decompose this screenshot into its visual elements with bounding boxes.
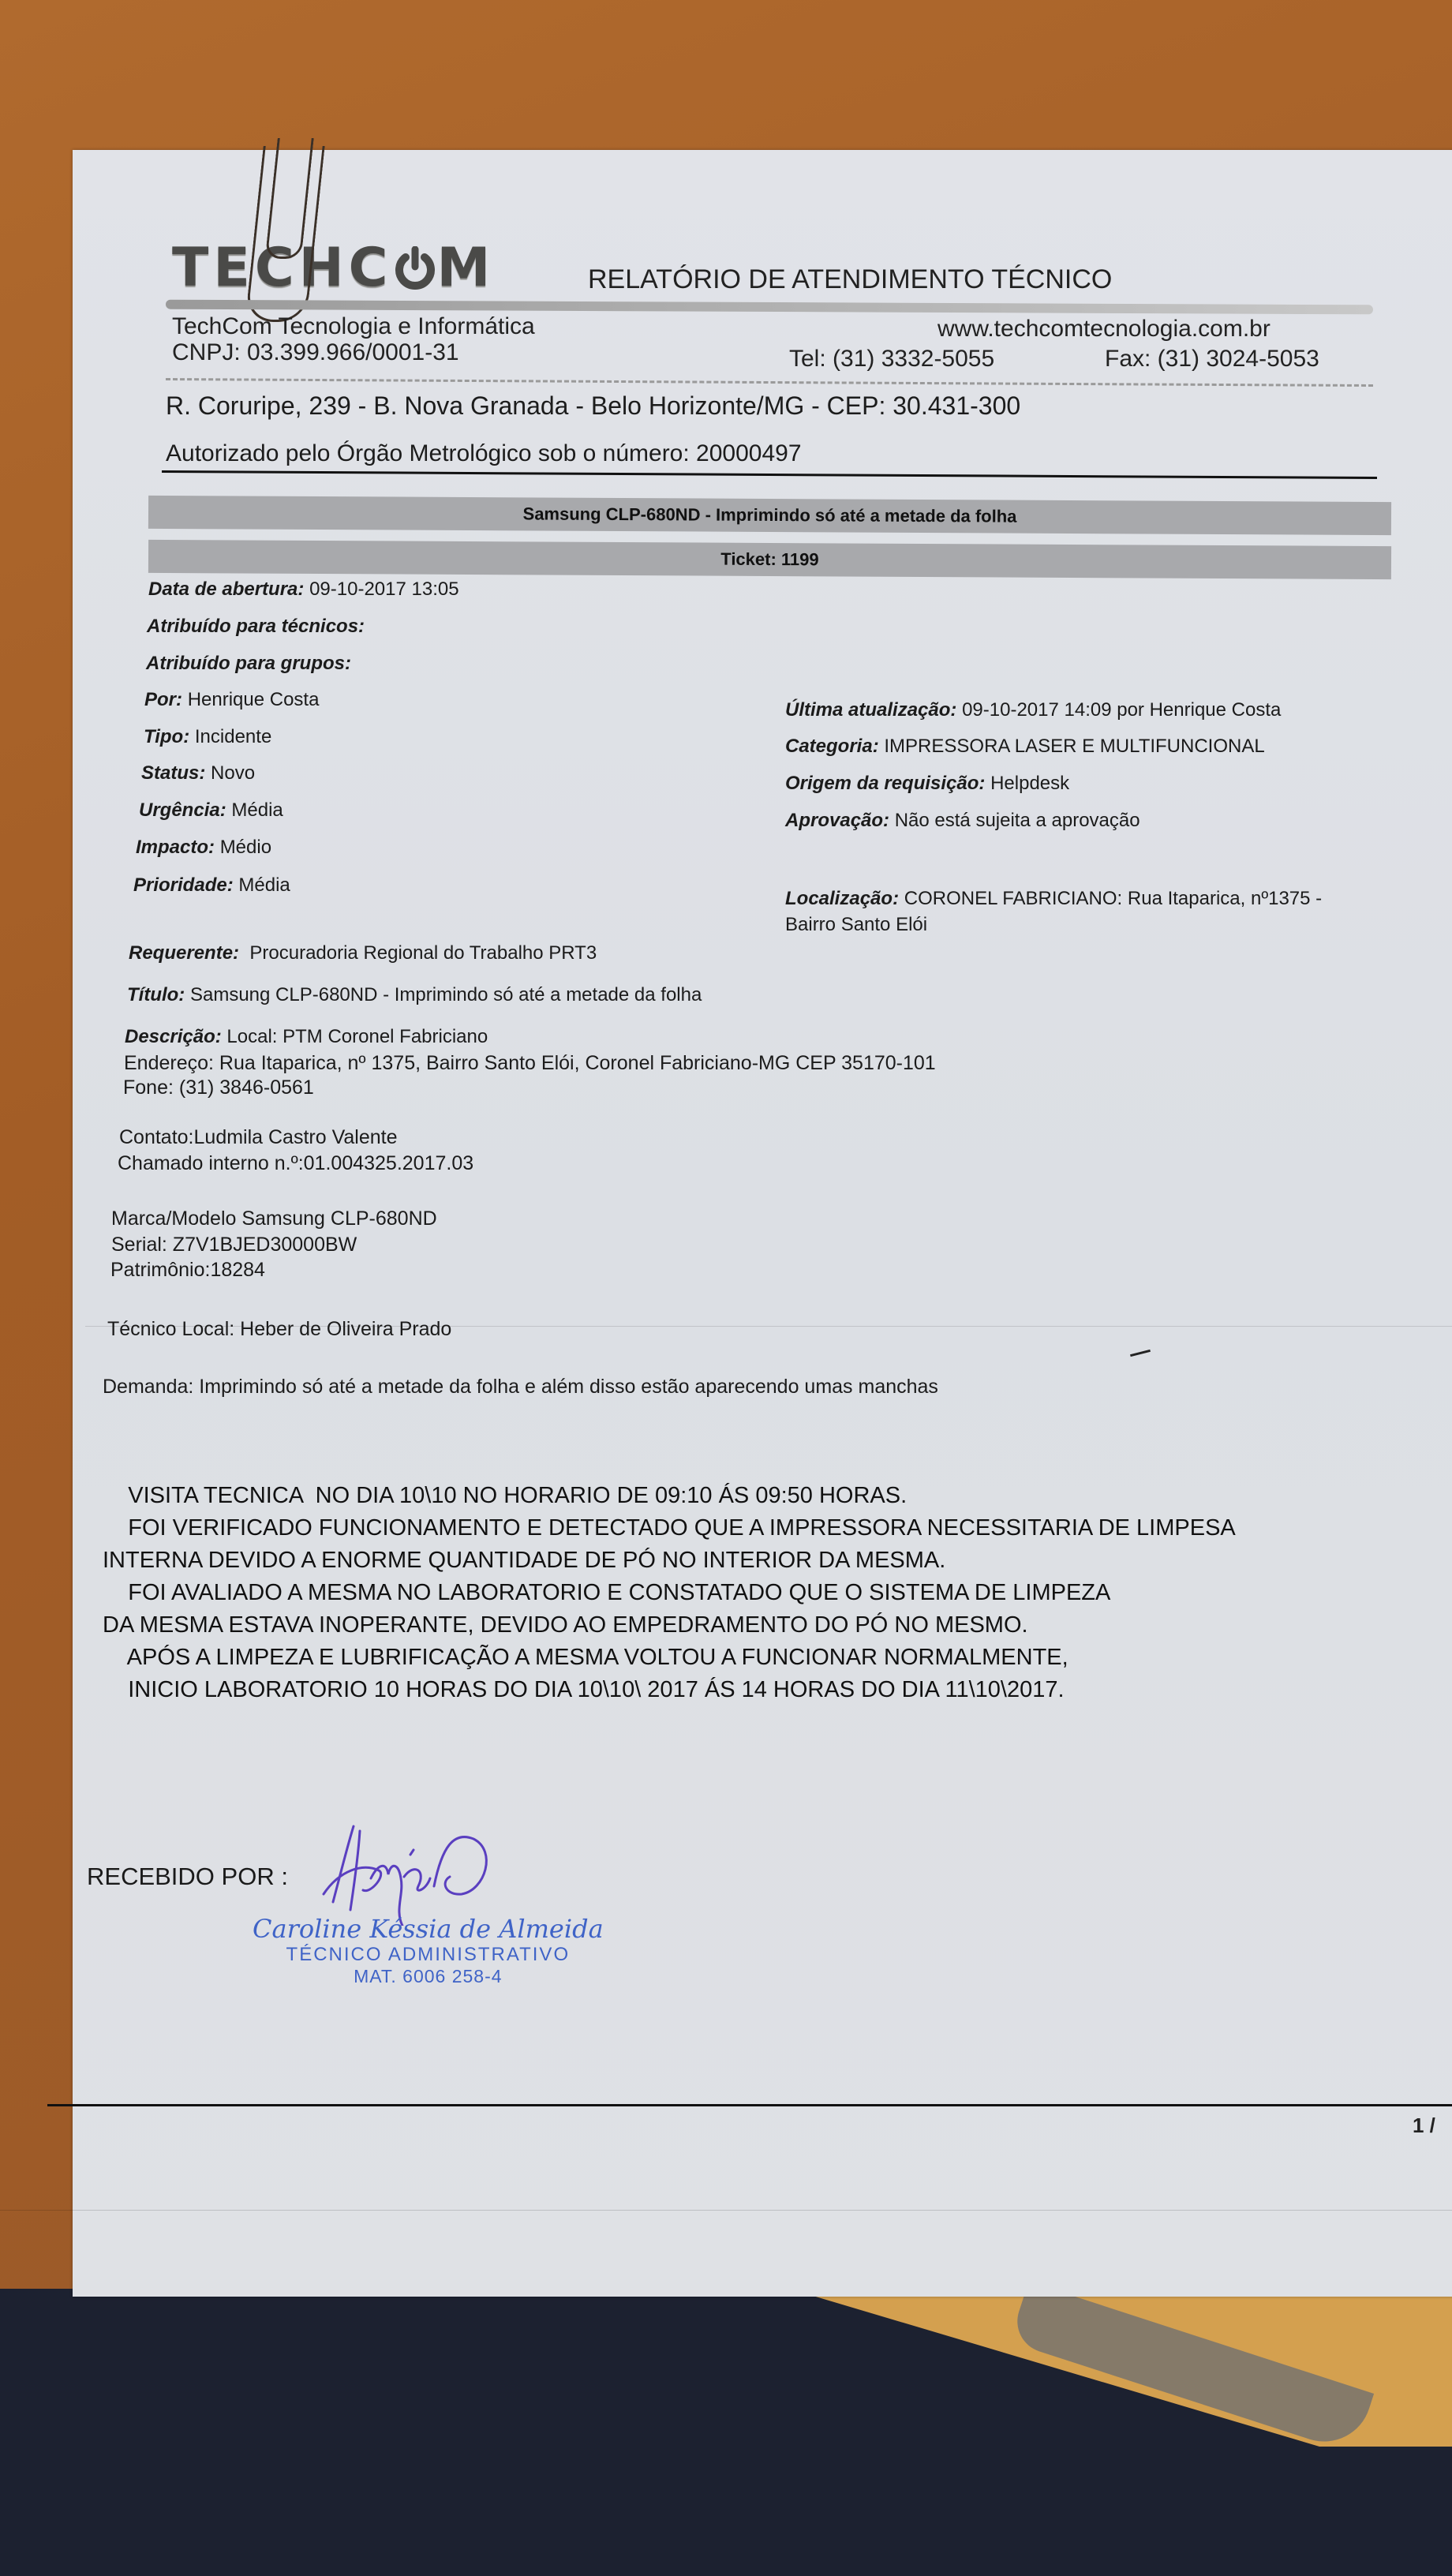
power-icon <box>393 237 437 299</box>
field-data-abertura: Data de abertura: 09-10-2017 13:05 <box>148 578 459 601</box>
stamp-name: Caroline Késsia de Almeida <box>253 1914 604 1944</box>
report-title: RELATÓRIO DE ATENDIMENTO TÉCNICO <box>588 264 1112 295</box>
company-cnpj: CNPJ: 03.399.966/0001-31 <box>172 339 459 366</box>
second-sheet-edge <box>0 2210 1452 2211</box>
company-website: www.techcomtecnologia.com.br <box>937 316 1270 343</box>
company-name: TechCom Tecnologia e Informática <box>172 313 535 340</box>
asset-number: Patrimônio:18284 <box>110 1259 265 1282</box>
field-descricao: Descrição: Local: PTM Coronel Fabriciano <box>125 1026 488 1048</box>
field-prioridade: Prioridade: Média <box>133 874 290 897</box>
field-impacto: Impacto: Médio <box>136 837 271 859</box>
description-address: Endereço: Rua Itaparica, nº 1375, Bairro… <box>124 1052 936 1075</box>
ticket-number-bar: Ticket: 1199 <box>148 540 1391 579</box>
field-status: Status: Novo <box>141 762 255 784</box>
field-por: Por: Henrique Costa <box>144 689 319 711</box>
field-requerente: Requerente: Procuradoria Regional do Tra… <box>129 942 597 964</box>
field-atribuido-grupos: Atribuído para grupos: <box>146 653 351 675</box>
field-tipo: Tipo: Incidente <box>144 726 271 748</box>
page-number: 1 / <box>1413 2114 1435 2138</box>
stamp-role: TÉCNICO ADMINISTRATIVO <box>253 1944 604 1966</box>
report-line: INTERNA DEVIDO A ENORME QUANTIDADE DE PÓ… <box>103 1544 1444 1577</box>
technical-report-text: VISITA TECNICA NO DIA 10\10 NO HORARIO D… <box>103 1480 1444 1706</box>
field-aprovacao: Aprovação: Não está sujeita a aprovação <box>785 810 1140 832</box>
field-titulo: Título: Samsung CLP-680ND - Imprimindo s… <box>127 984 702 1006</box>
report-line: DA MESMA ESTAVA INOPERANTE, DEVIDO AO EM… <box>103 1609 1444 1642</box>
brand-model: Marca/Modelo Samsung CLP-680ND <box>111 1207 437 1230</box>
local-technician: Técnico Local: Heber de Oliveira Prado <box>107 1318 451 1341</box>
company-phone: Tel: (31) 3332-5055 <box>789 346 994 373</box>
report-line: APÓS A LIMPEZA E LUBRIFICAÇÃO A MESMA VO… <box>103 1642 1444 1674</box>
handwritten-signature <box>316 1815 505 1930</box>
techcom-logo: TECHC M <box>172 237 495 299</box>
field-atribuido-tecnicos: Atribuído para técnicos: <box>147 616 365 638</box>
field-ultima-atualizacao: Última atualização: 09-10-2017 14:09 por… <box>785 699 1281 721</box>
company-fax: Fax: (31) 3024-5053 <box>1105 346 1319 373</box>
description-phone: Fone: (31) 3846-0561 <box>123 1076 314 1099</box>
demand: Demanda: Imprimindo só até a metade da f… <box>103 1376 938 1398</box>
company-address: R. Coruripe, 239 - B. Nova Granada - Bel… <box>166 391 1020 421</box>
field-localizacao-line2: Bairro Santo Elói <box>785 914 927 936</box>
internal-call-number: Chamado interno n.º:01.004325.2017.03 <box>118 1152 473 1175</box>
ticket-title-bar: Samsung CLP-680ND - Imprimindo só até a … <box>148 496 1391 535</box>
stamp-registration: MAT. 6006 258-4 <box>253 1966 604 1987</box>
report-line: INICIO LABORATORIO 10 HORAS DO DIA 10\10… <box>103 1674 1444 1706</box>
field-origem-requisicao: Origem da requisição: Helpdesk <box>785 773 1069 795</box>
serial-number: Serial: Z7V1BJED30000BW <box>111 1234 357 1256</box>
report-line: FOI AVALIADO A MESMA NO LABORATORIO E CO… <box>103 1577 1444 1609</box>
field-urgencia: Urgência: Média <box>139 799 283 822</box>
field-localizacao: Localização: CORONEL FABRICIANO: Rua Ita… <box>785 888 1322 910</box>
report-line: FOI VERIFICADO FUNCIONAMENTO E DETECTADO… <box>103 1512 1444 1544</box>
report-line: VISITA TECNICA NO DIA 10\10 NO HORARIO D… <box>103 1480 1444 1512</box>
contact-name: Contato:Ludmila Castro Valente <box>119 1126 398 1149</box>
field-categoria: Categoria: IMPRESSORA LASER E MULTIFUNCI… <box>785 736 1265 758</box>
metrology-authorization: Autorizado pelo Órgão Metrológico sob o … <box>166 440 802 467</box>
received-by-label: RECEBIDO POR : <box>87 1863 288 1891</box>
signature-stamp: Caroline Késsia de Almeida TÉCNICO ADMIN… <box>253 1914 604 1987</box>
footer-divider <box>47 2104 1452 2106</box>
